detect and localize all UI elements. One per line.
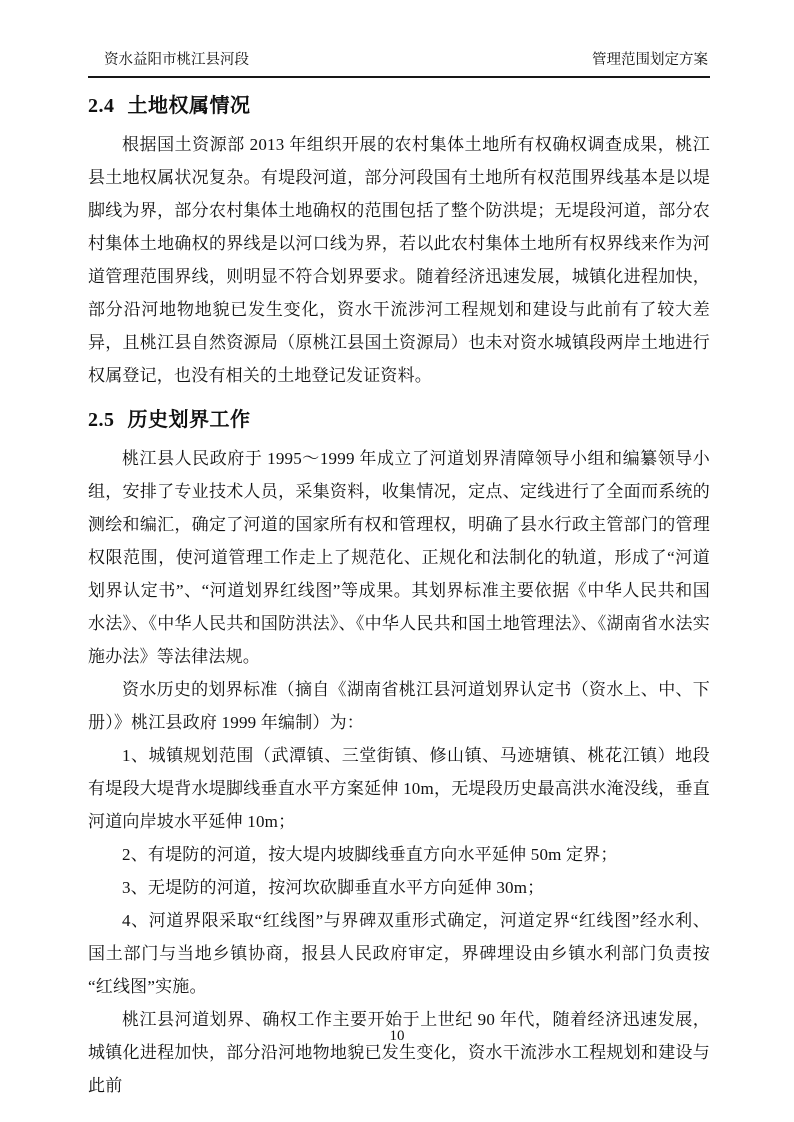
- list-item-paragraph: 3、无堤防的河道，按河坎砍脚垂直水平方向延伸 30m；: [88, 871, 710, 904]
- document-page: 资水益阳市桃江县河段 管理范围划定方案 2.4土地权属情况 根据国土资源部 20…: [0, 0, 794, 1122]
- body-paragraph: 资水历史的划界标准（摘自《湖南省桃江县河道划界认定书（资水上、中、下册）》桃江县…: [88, 673, 710, 739]
- list-item-paragraph: 2、有堤防的河道，按大堤内坡脚线垂直方向水平延伸 50m 定界；: [88, 838, 710, 871]
- section-2-5-body: 桃江县人民政府于 1995～1999 年成立了河道划界清障领导小组和编纂领导小组…: [88, 442, 710, 1102]
- list-item-paragraph: 1、城镇规划范围（武潭镇、三堂街镇、修山镇、马迹塘镇、桃花江镇）地段有堤段大堤背…: [88, 739, 710, 838]
- section-2-4-body: 根据国土资源部 2013 年组织开展的农村集体土地所有权确权调查成果，桃江县土地…: [88, 128, 710, 392]
- section-title: 历史划界工作: [128, 409, 251, 431]
- header-running-title-right: 管理范围划定方案: [592, 50, 708, 70]
- section-number: 2.4: [88, 95, 115, 117]
- section-heading-2-5: 2.5历史划界工作: [88, 407, 710, 433]
- page-number: 10: [0, 1028, 794, 1045]
- section-title: 土地权属情况: [128, 95, 251, 117]
- body-paragraph: 桃江县河道划界、确权工作主要开始于上世纪 90 年代，随着经济迅速发展，城镇化进…: [88, 1003, 710, 1102]
- body-paragraph: 桃江县人民政府于 1995～1999 年成立了河道划界清障领导小组和编纂领导小组…: [88, 442, 710, 673]
- list-item-paragraph: 4、河道界限采取“红线图”与界碑双重形式确定，河道定界“红线图”经水利、国土部门…: [88, 904, 710, 1003]
- body-paragraph: 根据国土资源部 2013 年组织开展的农村集体土地所有权确权调查成果，桃江县土地…: [88, 128, 710, 392]
- section-heading-2-4: 2.4土地权属情况: [88, 93, 710, 119]
- section-number: 2.5: [88, 409, 115, 431]
- page-header: 资水益阳市桃江县河段 管理范围划定方案: [88, 50, 710, 78]
- header-running-title-left: 资水益阳市桃江县河段: [104, 50, 249, 70]
